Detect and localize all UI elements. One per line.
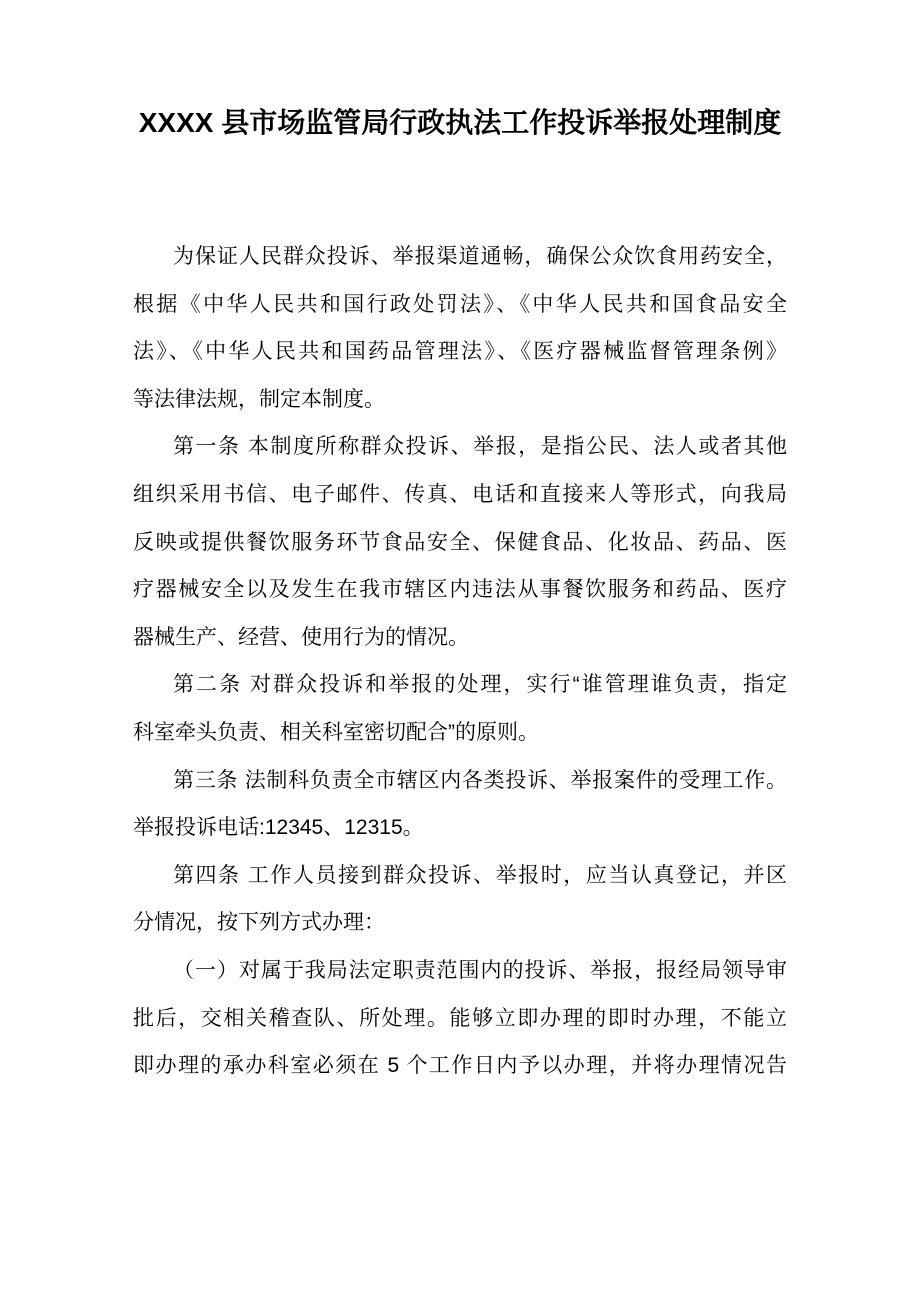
text-line: 法》、《中华人民共和国药品管理法》、《医疗器械监督管理条例》 (133, 328, 787, 376)
paragraph: （一）对属于我局法定职责范围内的投诉、举报，报经局领导审批后，交相关稽查队、所处… (133, 947, 787, 1090)
paragraph: 第一条 本制度所称群众投诉、举报，是指公民、法人或者其他组织采用书信、电子邮件、… (133, 423, 787, 661)
text-line: 第四条 工作人员接到群众投诉、举报时，应当认真登记，并区 (133, 852, 787, 900)
text-line: 举报投诉电话:12345、12315。 (133, 804, 787, 852)
document-page: XXXX 县市场监管局行政执法工作投诉举报处理制度 为保证人民群众投诉、举报渠道… (0, 0, 920, 1302)
document-title: XXXX 县市场监管局行政执法工作投诉举报处理制度 (133, 103, 787, 143)
text-line: 第二条 对群众投诉和举报的处理，实行“谁管理谁负责，指定 (133, 661, 787, 709)
text-line: 分情况，按下列方式办理： (133, 899, 787, 947)
text-line: 疗器械安全以及发生在我市辖区内违法从事餐饮服务和药品、医疗 (133, 566, 787, 614)
text-line: 第一条 本制度所称群众投诉、举报，是指公民、法人或者其他 (133, 423, 787, 471)
text-line: 器械生产、经营、使用行为的情况。 (133, 614, 787, 662)
text-line: 等法律法规，制定本制度。 (133, 376, 787, 424)
text-line: 即办理的承办科室必须在 5 个工作日内予以办理，并将办理情况告 (133, 1042, 787, 1090)
text-line: 组织采用书信、电子邮件、传真、电话和直接来人等形式，向我局 (133, 471, 787, 519)
paragraph: 第二条 对群众投诉和举报的处理，实行“谁管理谁负责，指定科室牵头负责、相关科室密… (133, 661, 787, 756)
document-content: XXXX 县市场监管局行政执法工作投诉举报处理制度 为保证人民群众投诉、举报渠道… (0, 0, 920, 1090)
text-line: 反映或提供餐饮服务环节食品安全、保健食品、化妆品、药品、医 (133, 519, 787, 567)
text-line: 科室牵头负责、相关科室密切配合”的原则。 (133, 709, 787, 757)
text-line: 为保证人民群众投诉、举报渠道通畅，确保公众饮食用药安全， (133, 233, 787, 281)
text-line: 批后，交相关稽查队、所处理。能够立即办理的即时办理，不能立 (133, 995, 787, 1043)
text-line: 第三条 法制科负责全市辖区内各类投诉、举报案件的受理工作。 (133, 757, 787, 805)
paragraph: 为保证人民群众投诉、举报渠道通畅，确保公众饮食用药安全，根据《中华人民共和国行政… (133, 233, 787, 423)
text-line: （一）对属于我局法定职责范围内的投诉、举报，报经局领导审 (133, 947, 787, 995)
text-line: 根据《中华人民共和国行政处罚法》、《中华人民共和国食品安全 (133, 281, 787, 329)
document-body: 为保证人民群众投诉、举报渠道通畅，确保公众饮食用药安全，根据《中华人民共和国行政… (133, 233, 787, 1090)
paragraph: 第三条 法制科负责全市辖区内各类投诉、举报案件的受理工作。举报投诉电话:1234… (133, 757, 787, 852)
paragraph: 第四条 工作人员接到群众投诉、举报时，应当认真登记，并区分情况，按下列方式办理： (133, 852, 787, 947)
